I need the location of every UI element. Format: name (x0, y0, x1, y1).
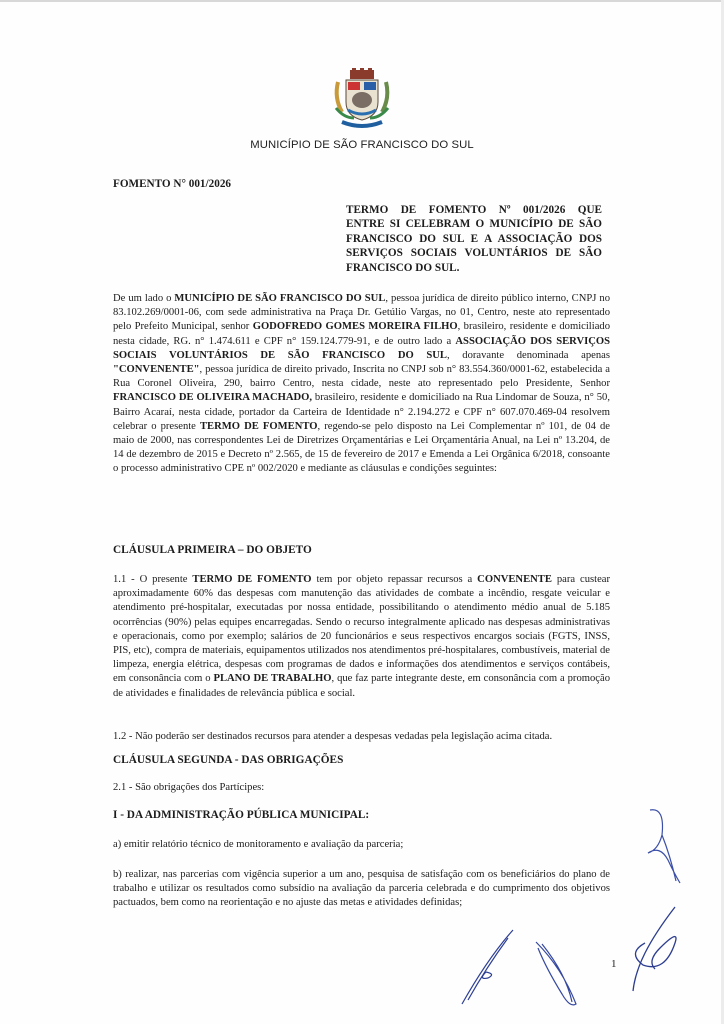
document-ementa: TERMO DE FOMENTO Nº 001/2026 QUE ENTRE S… (346, 203, 602, 275)
clause-2-heading: CLÁUSULA SEGUNDA - DAS OBRIGAÇÕES (113, 754, 343, 766)
text: para custear aproximadamente 60% das des… (113, 574, 610, 684)
municipality-bold: MUNICÍPIO DE SÃO FRANCISCO DO SUL (174, 293, 385, 304)
clause-2-1-paragraph: 2.1 - São obrigações dos Partícipes: (113, 781, 610, 795)
ementa-text: ENTRE SI CELEBRAM O MUNICÍPIO DE SÃO FRA… (346, 218, 602, 273)
ementa-first-line: TERMO DE FOMENTO Nº 001/2026 QUE (346, 203, 602, 217)
municipality-name: MUNICÍPIO DE SÃO FRANCISCO DO SUL (0, 139, 724, 151)
text: tem por objeto repassar recursos a (312, 574, 478, 585)
coat-of-arms-icon (330, 68, 394, 130)
president-name: FRANCISCO DE OLIVEIRA MACHADO, (113, 392, 312, 403)
signature-3-icon (458, 928, 518, 1008)
termo-bold: TERMO DE FOMENTO (192, 574, 311, 585)
convenente-label: "CONVENENTE" (113, 364, 200, 375)
document-number: FOMENTO N° 001/2026 (113, 178, 231, 190)
text: De um lado o (113, 293, 174, 304)
page-number: 1 (611, 958, 617, 970)
text: , doravante denominada apenas (447, 350, 610, 361)
mayor-name: GODOFREDO GOMES MOREIRA FILHO (253, 321, 458, 332)
signature-4-icon (532, 938, 582, 1010)
clause-1-heading: CLÁUSULA PRIMEIRA – DO OBJETO (113, 544, 312, 556)
item-a: a) emitir relatório técnico de monitoram… (113, 838, 610, 852)
text: 1.1 - O presente (113, 574, 192, 585)
clause-1-2-paragraph: 1.2 - Não poderão ser destinados recurso… (113, 730, 610, 744)
clause-1-1-paragraph: 1.1 - O presente TERMO DE FOMENTO tem po… (113, 573, 610, 701)
signature-2-icon (625, 903, 685, 993)
signature-1-icon (640, 805, 690, 885)
termo-bold: TERMO DE FOMENTO (200, 421, 317, 432)
scan-top-edge (0, 0, 724, 2)
plano-bold: PLANO DE TRABALHO (213, 673, 331, 684)
document-page: MUNICÍPIO DE SÃO FRANCISCO DO SUL FOMENT… (0, 0, 724, 1024)
item-b: b) realizar, nas parcerias com vigência … (113, 868, 610, 911)
convenente-bold: CONVENENTE (477, 574, 552, 585)
preamble-paragraph: De um lado o MUNICÍPIO DE SÃO FRANCISCO … (113, 292, 610, 477)
clause-2-subheading: I - DA ADMINISTRAÇÃO PÚBLICA MUNICIPAL: (113, 809, 369, 821)
